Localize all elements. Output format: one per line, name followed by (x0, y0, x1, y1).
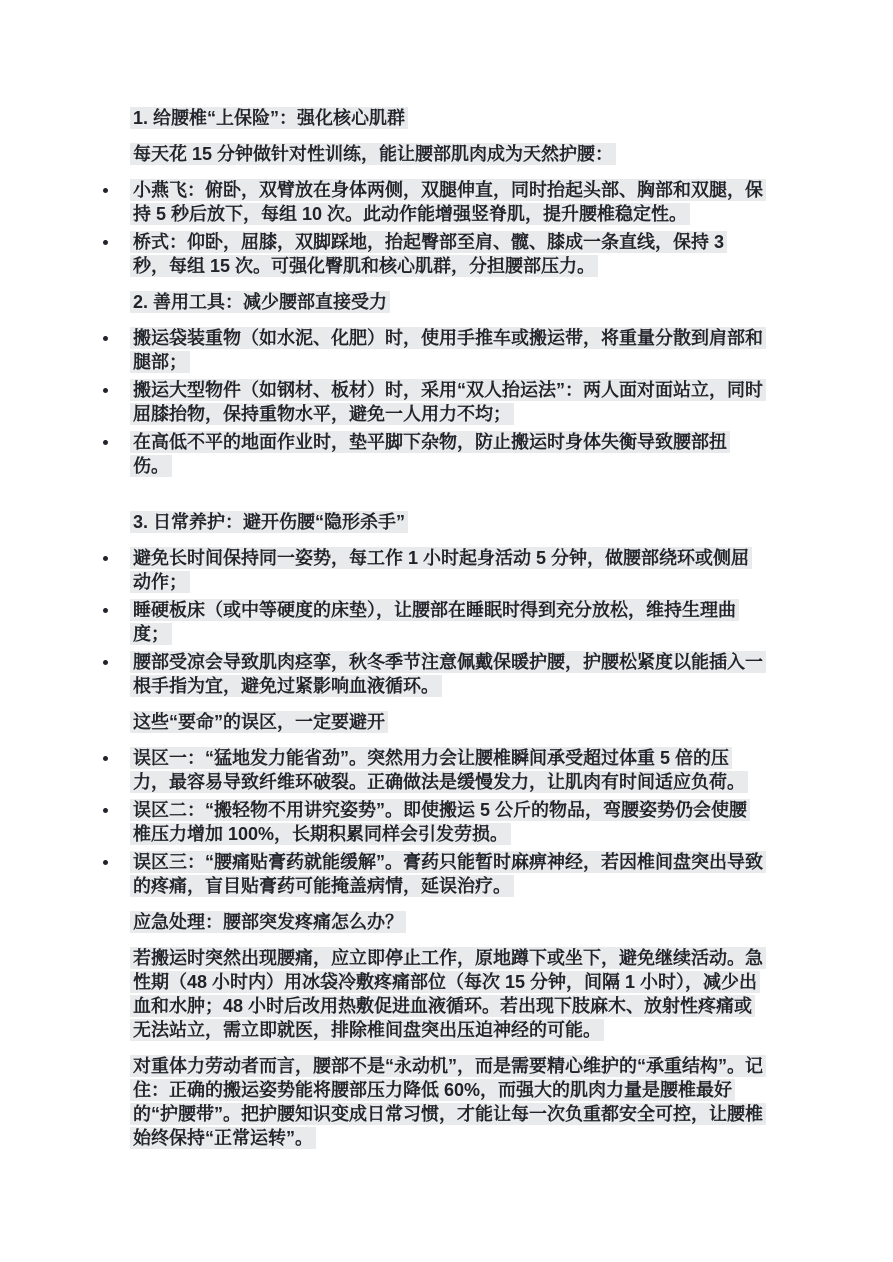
list-item-text: 搬运大型物件（如钢材、板材）时，采用“双人抬运法”：两人面对面站立，同时屈膝抬物… (130, 379, 766, 425)
list-item: 睡硬板床（或中等硬度的床垫），让腰部在睡眠时得到充分放松，维持生理曲度； (130, 598, 763, 646)
heading-daily-care: 3. 日常养护：避开伤腰“隐形杀手” (130, 510, 763, 534)
heading-text: 2. 善用工具：减少腰部直接受力 (130, 291, 390, 313)
heading-fatal-mistakes: 这些“要命”的误区，一定要避开 (130, 710, 763, 734)
list-item-text: 小燕飞：俯卧，双臂放在身体两侧，双腿伸直，同时抬起头部、胸部和双腿，保持 5 秒… (130, 179, 766, 225)
list-item-text: 避免长时间保持同一姿势，每工作 1 小时起身活动 5 分钟，做腰部绕环或侧屈动作… (130, 547, 752, 593)
heading-use-tools: 2. 善用工具：减少腰部直接受力 (130, 290, 763, 314)
heading-text: 这些“要命”的误区，一定要避开 (130, 711, 388, 733)
list-tools: 搬运袋装重物（如水泥、化肥）时，使用手推车或搬运带，将重量分散到肩部和腿部； 搬… (130, 326, 763, 478)
list-item-text: 桥式：仰卧，屈膝，双脚踩地，抬起臀部至肩、髋、膝成一条直线，保持 3 秒，每组 … (130, 231, 727, 277)
heading-text: 3. 日常养护：避开伤腰“隐形杀手” (130, 511, 408, 533)
list-item: 桥式：仰卧，屈膝，双脚踩地，抬起臀部至肩、髋、膝成一条直线，保持 3 秒，每组 … (130, 230, 763, 278)
list-item: 小燕飞：俯卧，双臂放在身体两侧，双腿伸直，同时抬起头部、胸部和双腿，保持 5 秒… (130, 178, 763, 226)
paragraph-conclusion: 对重体力劳动者而言，腰部不是“永动机”，而是需要精心维护的“承重结构”。记住：正… (130, 1054, 763, 1150)
paragraph-training-intro: 每天花 15 分钟做针对性训练，能让腰部肌肉成为天然护腰： (130, 142, 763, 166)
paragraph-emergency: 若搬运时突然出现腰痛，应立即停止工作，原地蹲下或坐下，避免继续活动。急性期（48… (130, 946, 763, 1042)
paragraph-text: 对重体力劳动者而言，腰部不是“永动机”，而是需要精心维护的“承重结构”。记住：正… (130, 1055, 766, 1149)
list-item: 在高低不平的地面作业时，垫平脚下杂物，防止搬运时身体失衡导致腰部扭伤。 (130, 430, 763, 478)
list-item-text: 搬运袋装重物（如水泥、化肥）时，使用手推车或搬运带，将重量分散到肩部和腿部； (130, 327, 766, 373)
list-item-text: 误区二：“搬轻物不用讲究姿势”。即使搬运 5 公斤的物品，弯腰姿势仍会使腰椎压力… (130, 799, 750, 845)
heading-emergency: 应急处理：腰部突发疼痛怎么办？ (130, 910, 763, 934)
heading-text: 1. 给腰椎“上保险”：强化核心肌群 (130, 107, 408, 129)
list-exercises: 小燕飞：俯卧，双臂放在身体两侧，双腿伸直，同时抬起头部、胸部和双腿，保持 5 秒… (130, 178, 763, 278)
list-item-text: 误区三：“腰痛贴膏药就能缓解”。膏药只能暂时麻痹神经，若因椎间盘突出导致的疼痛，… (130, 851, 766, 897)
list-mistakes: 误区一：“猛地发力能省劲”。突然用力会让腰椎瞬间承受超过体重 5 倍的压力，最容… (130, 746, 763, 898)
list-item: 腰部受凉会导致肌肉痉挛，秋冬季节注意佩戴保暖护腰，护腰松紧度以能插入一根手指为宜… (130, 650, 763, 698)
heading-text: 应急处理：腰部突发疼痛怎么办？ (130, 911, 406, 933)
list-item: 误区一：“猛地发力能省劲”。突然用力会让腰椎瞬间承受超过体重 5 倍的压力，最容… (130, 746, 763, 794)
blank-line-spacer (130, 490, 763, 498)
list-item-text: 在高低不平的地面作业时，垫平脚下杂物，防止搬运时身体失衡导致腰部扭伤。 (130, 431, 730, 477)
paragraph-text: 若搬运时突然出现腰痛，应立即停止工作，原地蹲下或坐下，避免继续活动。急性期（48… (130, 947, 766, 1041)
list-item-text: 腰部受凉会导致肌肉痉挛，秋冬季节注意佩戴保暖护腰，护腰松紧度以能插入一根手指为宜… (130, 651, 766, 697)
list-item: 搬运大型物件（如钢材、板材）时，采用“双人抬运法”：两人面对面站立，同时屈膝抬物… (130, 378, 763, 426)
list-item: 误区二：“搬轻物不用讲究姿势”。即使搬运 5 公斤的物品，弯腰姿势仍会使腰椎压力… (130, 798, 763, 846)
list-daily-care: 避免长时间保持同一姿势，每工作 1 小时起身活动 5 分钟，做腰部绕环或侧屈动作… (130, 546, 763, 698)
document-page: 1. 给腰椎“上保险”：强化核心肌群 每天花 15 分钟做针对性训练，能让腰部肌… (0, 0, 893, 1262)
heading-strengthen-core: 1. 给腰椎“上保险”：强化核心肌群 (130, 106, 763, 130)
list-item-text: 睡硬板床（或中等硬度的床垫），让腰部在睡眠时得到充分放松，维持生理曲度； (130, 599, 739, 645)
list-item: 误区三：“腰痛贴膏药就能缓解”。膏药只能暂时麻痹神经，若因椎间盘突出导致的疼痛，… (130, 850, 763, 898)
list-item: 避免长时间保持同一姿势，每工作 1 小时起身活动 5 分钟，做腰部绕环或侧屈动作… (130, 546, 763, 594)
list-item-text: 误区一：“猛地发力能省劲”。突然用力会让腰椎瞬间承受超过体重 5 倍的压力，最容… (130, 747, 748, 793)
list-item: 搬运袋装重物（如水泥、化肥）时，使用手推车或搬运带，将重量分散到肩部和腿部； (130, 326, 763, 374)
paragraph-text: 每天花 15 分钟做针对性训练，能让腰部肌肉成为天然护腰： (130, 143, 616, 165)
